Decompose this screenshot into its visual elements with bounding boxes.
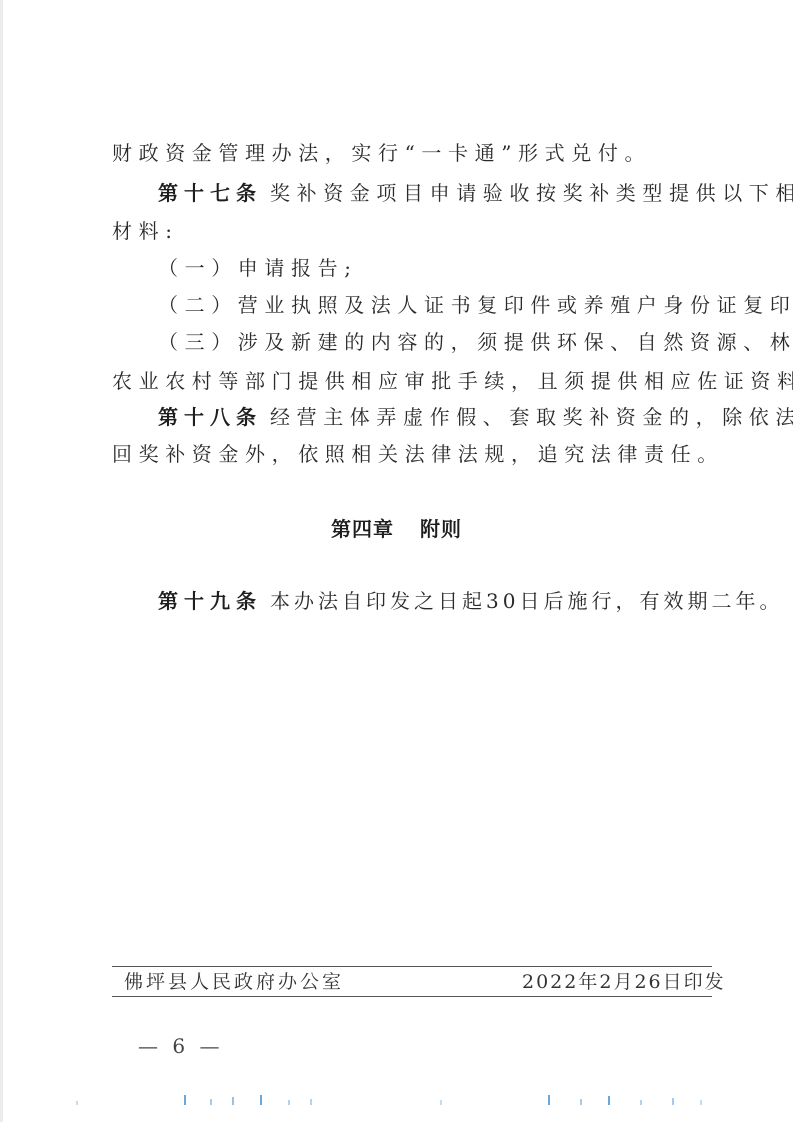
- scan-edge: [0, 0, 3, 1122]
- page-number: — 6 —: [138, 1034, 223, 1058]
- list-item-1: （一）申请报告;: [158, 255, 718, 281]
- article-text: 经营主体弄虚作假、套取奖补资金的，除依法追: [270, 405, 793, 429]
- article-text: 本办法自印发之日起30日后施行，有效期二年。: [270, 589, 783, 613]
- line-text: （一）申请报告;: [158, 256, 358, 280]
- line-text: （二）营业执照及法人证书复印件或养殖户身份证复印件;: [158, 293, 793, 317]
- line-text: 财政资金管理办法，实行“一卡通”形式兑付。: [112, 141, 651, 165]
- paragraph-line: 农业农村等部门提供相应审批手续，且须提供相应佐证资料。: [112, 368, 712, 394]
- list-item-2: （二）营业执照及法人证书复印件或养殖户身份证复印件;: [158, 292, 718, 318]
- article-label: 第十七条: [158, 181, 262, 205]
- line-text: （三）涉及新建的内容的，须提供环保、自然资源、林业、: [158, 330, 793, 354]
- paragraph-line: 回奖补资金外，依照相关法律法规，追究法律责任。: [112, 441, 712, 467]
- line-text: 材料:: [112, 219, 179, 243]
- document-page: 财政资金管理办法，实行“一卡通”形式兑付。 第十七条奖补资金项目申请验收按奖补类…: [0, 0, 793, 1122]
- article-17: 第十七条奖补资金项目申请验收按奖补类型提供以下相关: [158, 180, 718, 206]
- scan-artifacts: [60, 1095, 760, 1107]
- issue-date: 2022年2月26日印发: [522, 970, 726, 994]
- article-label: 第十九条: [158, 589, 262, 613]
- chapter-heading: 第四章附则: [0, 513, 793, 542]
- footer-bottom-rule: [112, 996, 712, 997]
- line-text: 回奖补资金外，依照相关法律法规，追究法律责任。: [112, 442, 724, 466]
- article-19: 第十九条本办法自印发之日起30日后施行，有效期二年。: [158, 588, 718, 614]
- issuer: 佛坪县人民政府办公室: [124, 970, 344, 994]
- article-text: 奖补资金项目申请验收按奖补类型提供以下相关: [270, 181, 793, 205]
- chapter-number: 第四章: [331, 517, 394, 541]
- chapter-title: 附则: [420, 517, 462, 541]
- list-item-3: （三）涉及新建的内容的，须提供环保、自然资源、林业、: [158, 329, 718, 355]
- footer-top-rule: [112, 966, 712, 967]
- line-text: 农业农村等部门提供相应审批手续，且须提供相应佐证资料。: [112, 369, 793, 393]
- paragraph-line: 材料:: [112, 218, 712, 244]
- article-label: 第十八条: [158, 405, 262, 429]
- paragraph-line: 财政资金管理办法，实行“一卡通”形式兑付。: [112, 140, 712, 166]
- article-18: 第十八条经营主体弄虚作假、套取奖补资金的，除依法追: [158, 404, 718, 430]
